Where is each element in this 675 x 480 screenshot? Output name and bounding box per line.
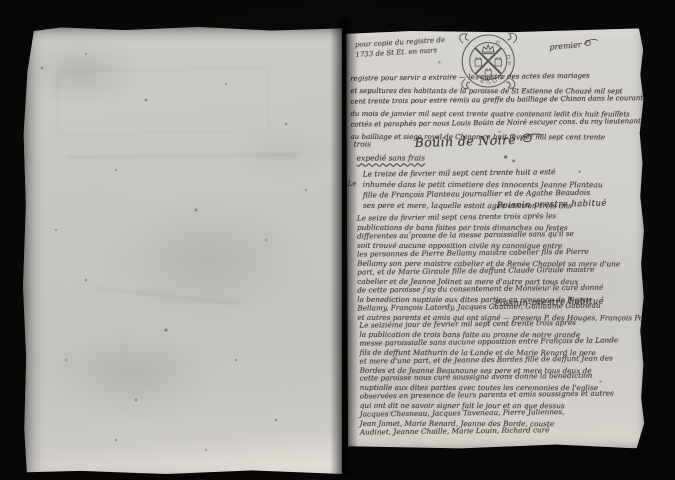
manuscript-line: observées en presence de leurs parents e… (360, 390, 619, 402)
show-through-mark (56, 67, 269, 135)
marriage-act-2-block: Le seiziéme jour de fevrier mil sept cen… (359, 320, 618, 437)
fee-exemption-note: expedié sans frais (357, 153, 425, 162)
manuscript-line: Audinet, Jeanne Chaille, Marie Louin, Ri… (360, 425, 619, 437)
paraph-flourish-icon (583, 35, 600, 48)
manuscript-line: Le seiziéme jour de fevrier mil sept cen… (359, 318, 618, 330)
scanned-register-spread: { "colors":{"background":"#0a0a09","pape… (0, 0, 675, 480)
paraph-flourish-icon (518, 128, 545, 147)
folio-number-note: premier (549, 35, 600, 52)
manuscript-line: registre pour servir a extraire — le reg… (350, 70, 654, 85)
book-gutter-shadow (330, 18, 358, 476)
manuscript-line: Jacques Chesneau, Jacques Taveneau, Pier… (360, 407, 619, 419)
show-through-mark (93, 287, 242, 305)
right-manuscript-page: pour copie du registre de 1733 de St Et.… (346, 28, 645, 449)
manuscript-line: cent trente trois pour estre remis au gr… (350, 93, 654, 108)
manuscript-line: et mere d'une part, et de Jeanne des Bor… (359, 354, 618, 366)
left-blank-page (23, 27, 342, 474)
lieutenant-general-signature: Boüin de Noiré (414, 128, 544, 150)
archivist-corner-note: pour copie du registre de 1733 de St Et.… (355, 35, 446, 60)
paper-speckles (23, 27, 25, 29)
manuscript-line: Le treize de fevrier mil sept cent trent… (363, 167, 603, 180)
manuscript-line: Le seize de fevrier mil sept cens trente… (357, 210, 656, 223)
manuscript-line: messe paroissialle sans aucune oppositio… (359, 336, 618, 348)
show-through-mark (67, 154, 299, 158)
